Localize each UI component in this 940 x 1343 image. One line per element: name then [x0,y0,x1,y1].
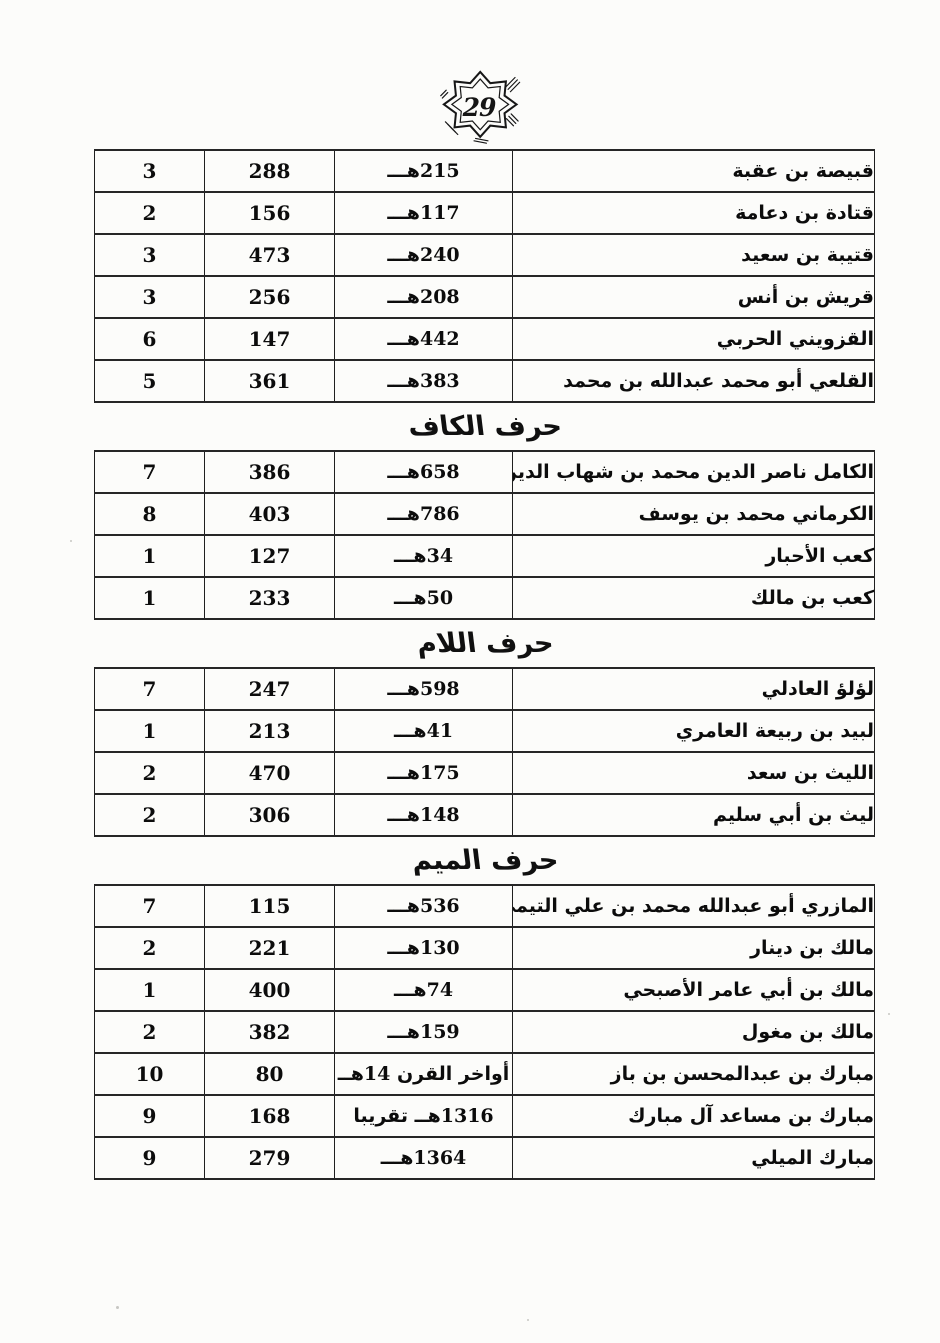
table-row: كعب الأحبار34هـــ1271 [95,535,875,577]
page-reference: 213 [205,710,335,752]
entry-name: قتيبة بن سعيد [513,234,875,276]
table-row: مالك بن أبي عامر الأصبحي74هـــ4001 [95,969,875,1011]
entry-name: كعب بن مالك [513,577,875,619]
page-number-ornament: 29 [440,68,522,144]
scanned-book-page: 29 قبيصة بن عقبة215هـــ2883قتادة بن دعام… [0,0,940,1343]
entry-name: القزويني الحربي [513,318,875,360]
page-reference: 279 [205,1137,335,1179]
index-table-block: المازري أبو عبدالله محمد بن علي التيمي53… [94,884,875,1180]
death-year: 208هـــ [335,276,513,318]
volume-count: 2 [95,192,205,234]
page-reference: 147 [205,318,335,360]
page-reference: 382 [205,1011,335,1053]
page-reference: 400 [205,969,335,1011]
table-row: الكامل ناصر الدين محمد بن شهاب الدين658ه… [95,451,875,493]
entry-name: قبيصة بن عقبة [513,150,875,192]
page-reference: 156 [205,192,335,234]
death-year: 536هـــ [335,885,513,927]
death-year: 658هـــ [335,451,513,493]
death-year: 1316هــ تقريبا [335,1095,513,1137]
table-row: مالك بن مغول159هـــ3822 [95,1011,875,1053]
table-row: المازري أبو عبدالله محمد بن علي التيمي53… [95,885,875,927]
table-row: مبارك بن عبدالمحسن بن بازأواخر القرن 14ه… [95,1053,875,1095]
scan-speck [116,1306,119,1309]
entry-name: مالك بن أبي عامر الأصبحي [513,969,875,1011]
table-row: مبارك الميلي1364هـــ2799 [95,1137,875,1179]
page-reference: 403 [205,493,335,535]
scan-speck [527,1319,529,1321]
volume-count: 2 [95,794,205,836]
entry-name: مالك بن دينار [513,927,875,969]
entry-name: مبارك بن مساعد آل مبارك [513,1095,875,1137]
page-reference: 233 [205,577,335,619]
entry-name: الليث بن سعد [513,752,875,794]
scan-speck [888,1013,890,1015]
death-year: أواخر القرن 14هــ [335,1053,513,1095]
page-reference: 306 [205,794,335,836]
volume-count: 2 [95,1011,205,1053]
entry-name: الكرماني محمد بن يوسف [513,493,875,535]
entry-name: مالك بن مغول [513,1011,875,1053]
scan-speck [70,540,72,542]
volume-count: 8 [95,493,205,535]
entry-name: مبارك الميلي [513,1137,875,1179]
volume-count: 1 [95,577,205,619]
volume-count: 7 [95,451,205,493]
death-year: 442هـــ [335,318,513,360]
volume-count: 9 [95,1137,205,1179]
death-year: 74هـــ [335,969,513,1011]
death-year: 1364هـــ [335,1137,513,1179]
index-table-block: قبيصة بن عقبة215هـــ2883قتادة بن دعامة11… [94,149,875,403]
table-row: قريش بن أنس208هـــ2563 [95,276,875,318]
section-header: حرف اللام [92,620,878,667]
entry-name: لبيد بن ربيعة العامري [513,710,875,752]
volume-count: 1 [95,710,205,752]
volume-count: 5 [95,360,205,402]
entry-name: مبارك بن عبدالمحسن بن باز [513,1053,875,1095]
table-row: القزويني الحربي442هـــ1476 [95,318,875,360]
page-reference: 247 [205,668,335,710]
death-year: 598هـــ [335,668,513,710]
volume-count: 6 [95,318,205,360]
death-year: 34هـــ [335,535,513,577]
table-row: الليث بن سعد175هـــ4702 [95,752,875,794]
entry-name: قريش بن أنس [513,276,875,318]
death-year: 148هـــ [335,794,513,836]
volume-count: 2 [95,927,205,969]
table-row: قبيصة بن عقبة215هـــ2883 [95,150,875,192]
entry-name: المازري أبو عبدالله محمد بن علي التيمي [513,885,875,927]
page-reference: 168 [205,1095,335,1137]
death-year: 50هـــ [335,577,513,619]
death-year: 130هـــ [335,927,513,969]
table-row: قتادة بن دعامة117هـــ1562 [95,192,875,234]
death-year: 383هـــ [335,360,513,402]
entry-name: كعب الأحبار [513,535,875,577]
volume-count: 3 [95,150,205,192]
page-reference: 80 [205,1053,335,1095]
death-year: 41هـــ [335,710,513,752]
death-year: 175هـــ [335,752,513,794]
volume-count: 9 [95,1095,205,1137]
page-number: 29 [440,68,522,144]
entry-name: ليث بن أبي سليم [513,794,875,836]
volume-count: 7 [95,668,205,710]
biographical-index-table: قبيصة بن عقبة215هـــ2883قتادة بن دعامة11… [95,149,875,1180]
page-reference: 288 [205,150,335,192]
page-reference: 115 [205,885,335,927]
entry-name: القلعي أبو محمد عبدالله بن محمد [513,360,875,402]
table-row: ليث بن أبي سليم148هـــ3062 [95,794,875,836]
index-table-block: لؤلؤ العادلي598هـــ2477لبيد بن ربيعة الع… [94,667,875,837]
volume-count: 3 [95,276,205,318]
volume-count: 10 [95,1053,205,1095]
table-row: مالك بن دينار130هـــ2212 [95,927,875,969]
page-reference: 221 [205,927,335,969]
death-year: 786هـــ [335,493,513,535]
entry-name: لؤلؤ العادلي [513,668,875,710]
page-reference: 470 [205,752,335,794]
table-row: لؤلؤ العادلي598هـــ2477 [95,668,875,710]
volume-count: 1 [95,535,205,577]
table-row: لبيد بن ربيعة العامري41هـــ2131 [95,710,875,752]
page-reference: 361 [205,360,335,402]
death-year: 240هـــ [335,234,513,276]
page-reference: 386 [205,451,335,493]
entry-name: الكامل ناصر الدين محمد بن شهاب الدين [513,451,875,493]
table-row: قتيبة بن سعيد240هـــ4733 [95,234,875,276]
entry-name: قتادة بن دعامة [513,192,875,234]
death-year: 117هـــ [335,192,513,234]
page-reference: 473 [205,234,335,276]
index-table-block: الكامل ناصر الدين محمد بن شهاب الدين658ه… [94,450,875,620]
volume-count: 3 [95,234,205,276]
page-reference: 127 [205,535,335,577]
death-year: 159هـــ [335,1011,513,1053]
table-row: القلعي أبو محمد عبدالله بن محمد383هـــ36… [95,360,875,402]
section-header: حرف الكاف [92,403,878,450]
page-reference: 256 [205,276,335,318]
volume-count: 7 [95,885,205,927]
table-row: كعب بن مالك50هـــ2331 [95,577,875,619]
volume-count: 2 [95,752,205,794]
section-header: حرف الميم [92,837,878,884]
volume-count: 1 [95,969,205,1011]
table-row: مبارك بن مساعد آل مبارك1316هــ تقريبا168… [95,1095,875,1137]
table-row: الكرماني محمد بن يوسف786هـــ4038 [95,493,875,535]
death-year: 215هـــ [335,150,513,192]
